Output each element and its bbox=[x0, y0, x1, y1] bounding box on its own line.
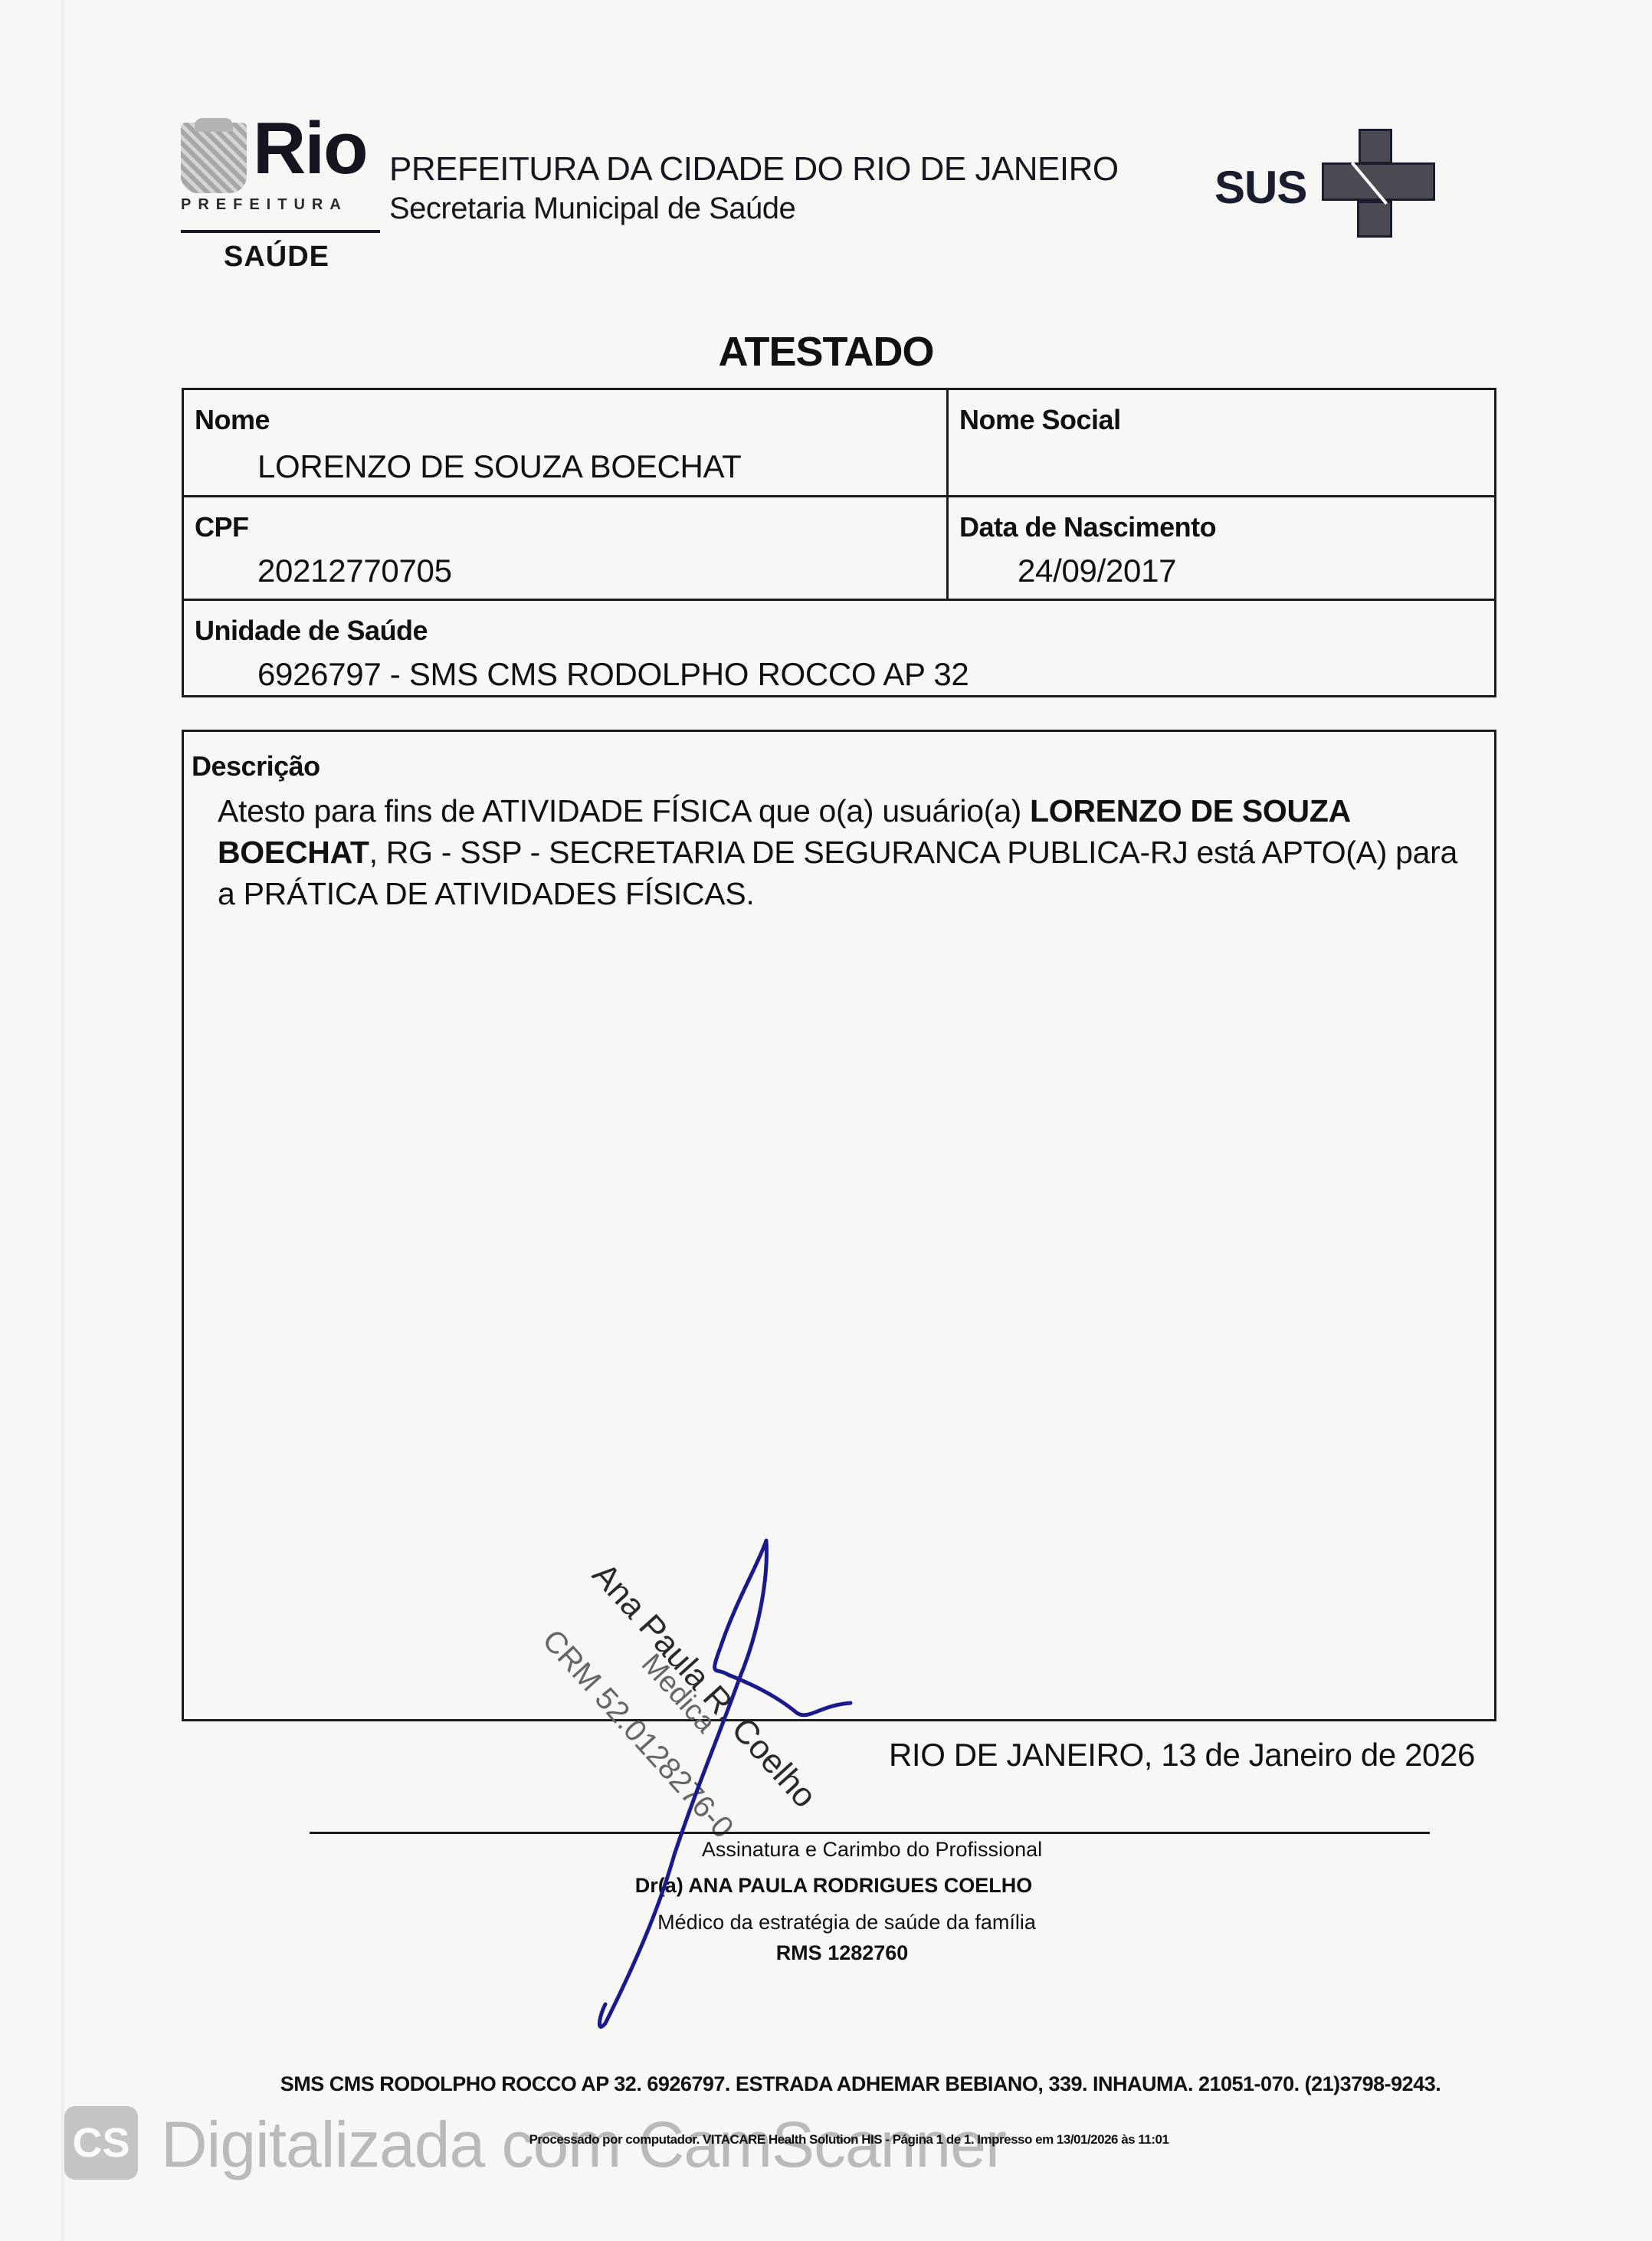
name-label: Nome bbox=[195, 404, 270, 436]
doctor-rms: RMS 1282760 bbox=[0, 1941, 1652, 1965]
cpf-cell: CPF 20212770705 bbox=[184, 495, 949, 599]
social-name-label: Nome Social bbox=[959, 404, 1121, 436]
name-value: LORENZO DE SOUZA BOECHAT bbox=[257, 448, 741, 485]
cpf-value: 20212770705 bbox=[257, 553, 452, 589]
cpf-label: CPF bbox=[195, 511, 249, 543]
footer-address: SMS CMS RODOLPHO ROCCO AP 32. 6926797. E… bbox=[0, 2072, 1652, 2096]
logo-prefeitura-text: PREFEITURA bbox=[181, 196, 348, 214]
sus-logo-text: SUS bbox=[1214, 161, 1306, 214]
health-unit-value: 6926797 - SMS CMS RODOLPHO ROCCO AP 32 bbox=[257, 656, 969, 693]
birth-date-label: Data de Nascimento bbox=[959, 511, 1216, 543]
logo-saude-text: SAÚDE bbox=[224, 241, 329, 274]
doctor-name: Dr(a) ANA PAULA RODRIGUES COELHO bbox=[0, 1874, 1652, 1898]
rio-prefeitura-logo: Rio PREFEITURA SAÚDE bbox=[181, 116, 380, 277]
health-unit-cell: Unidade de Saúde 6926797 - SMS CMS RODOL… bbox=[184, 599, 1494, 697]
coat-of-arms-icon bbox=[181, 123, 247, 193]
description-text-part2: , RG - SSP - SECRETARIA DE SEGURANCA PUB… bbox=[218, 835, 1457, 911]
signature-caption: Assinatura e Carimbo do Profissional bbox=[0, 1838, 1652, 1862]
logo-rio-text: Rio bbox=[253, 112, 367, 185]
patient-info-table: Nome LORENZO DE SOUZA BOECHAT Nome Socia… bbox=[182, 388, 1496, 697]
document-title: ATESTADO bbox=[0, 328, 1652, 376]
doctor-role: Médico da estratégia de saúde da família bbox=[0, 1911, 1652, 1934]
birth-date-cell: Data de Nascimento 24/09/2017 bbox=[949, 495, 1494, 599]
description-box: Descrição Atesto para fins de ATIVIDADE … bbox=[182, 730, 1496, 1721]
birth-date-value: 24/09/2017 bbox=[1018, 553, 1176, 589]
description-label: Descrição bbox=[192, 750, 320, 783]
description-text-part1: Atesto para fins de ATIVIDADE FÍSICA que… bbox=[218, 793, 1030, 828]
name-cell: Nome LORENZO DE SOUZA BOECHAT bbox=[184, 390, 949, 495]
social-name-cell: Nome Social bbox=[949, 390, 1494, 495]
description-text: Atesto para fins de ATIVIDADE FÍSICA que… bbox=[218, 790, 1474, 914]
org-title: PREFEITURA DA CIDADE DO RIO DE JANEIRO bbox=[389, 150, 1119, 189]
signature-line bbox=[310, 1832, 1430, 1834]
health-unit-label: Unidade de Saúde bbox=[195, 615, 428, 647]
logo-divider bbox=[181, 230, 380, 233]
city-date: RIO DE JANEIRO, 13 de Janeiro de 2026 bbox=[889, 1737, 1475, 1773]
footer-printed-info: Processado por computador. VITACARE Heal… bbox=[0, 2132, 1652, 2147]
sus-logo: SUS bbox=[1214, 124, 1444, 239]
org-subtitle: Secretaria Municipal de Saúde bbox=[389, 192, 795, 226]
